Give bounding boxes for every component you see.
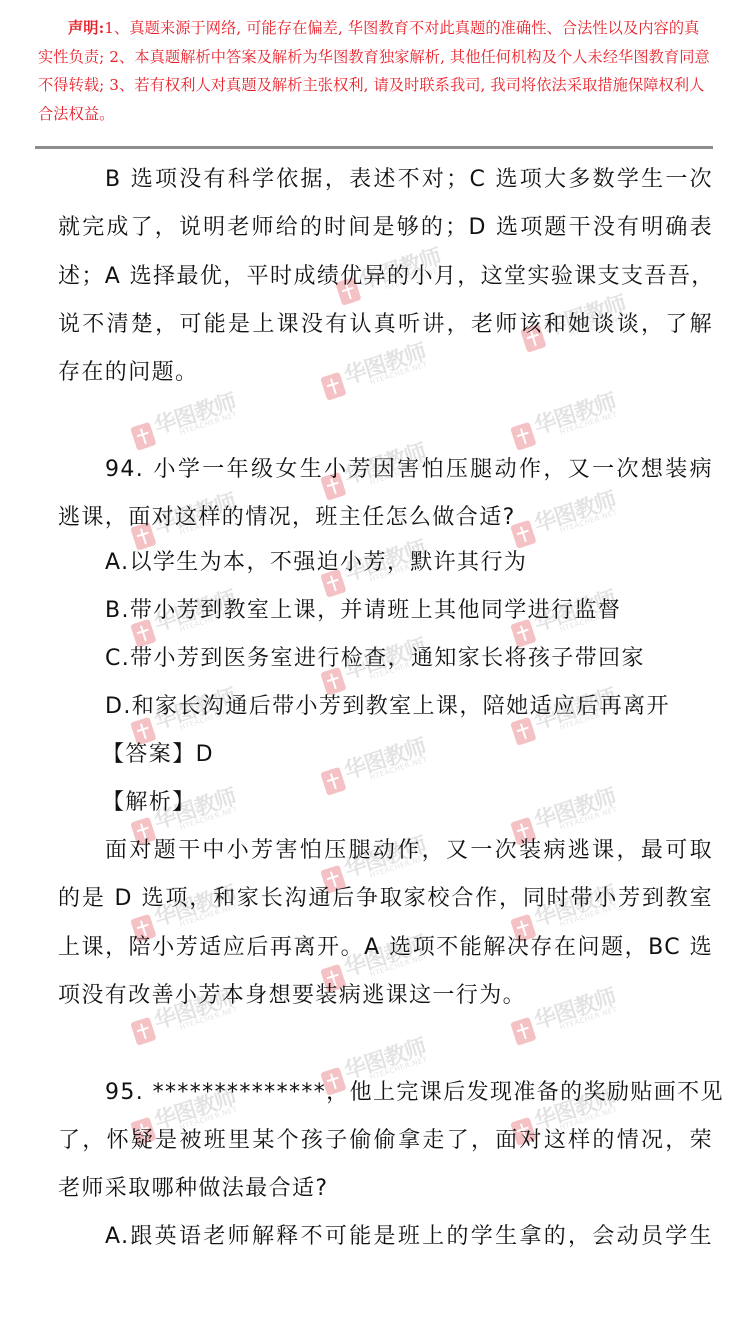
question-stem: 94. 小学一年级女生小芳因害怕压腿动作，又一次想装病 [105,455,713,485]
analysis-line: 述；A 选择最优，平时成绩优异的小月，这堂实验课支支吾吾， [58,262,713,292]
analysis-line: 就完成了，说明老师给的时间是够的；D 选项题干没有明确表 [58,213,713,243]
question-stem: 老师采取哪种做法最合适? [58,1174,713,1204]
analysis-label: 【解析】 [102,788,748,818]
analysis-line: 的是 D 选项，和家长沟通后争取家校合作，同时带小芳到教室 [58,884,713,914]
answer-label: 【答案】D [102,740,748,770]
watermark: 华图教师HTEACHER.NET [126,378,254,459]
question-stem: 逃课，面对这样的情况，班主任怎么做合适? [58,503,713,533]
option-a: A.跟英语老师解释不可能是班上的学生拿的，会动员学生 [105,1222,713,1252]
analysis-line: 存在的问题。 [58,358,713,388]
watermark-logo-icon [510,422,536,451]
disclaimer-text: 1、真题来源于网络, 可能存在偏差, 华图教育不对此真题的准确性、合法性以及内容… [38,19,710,123]
option-c: C.带小芳到医务室进行检查，通知家长将孩子带回家 [105,644,713,674]
watermark: 华图教师HTEACHER.NET [506,378,634,459]
question-stem: 95. **************，他上完课后发现准备的奖励贴画不见 [105,1078,713,1108]
watermark-logo-icon [130,422,156,451]
analysis-line: 上课，陪小芳适应后再离开。A 选项不能解决存在问题，BC 选 [58,933,713,963]
question-stem: 了，怀疑是被班里某个孩子偷偷拿走了，面对这样的情况，荣 [58,1126,713,1156]
watermark-logo-icon [510,1017,536,1046]
option-d: D.和家长沟通后带小芳到教室上课，陪她适应后再离开 [105,692,713,722]
analysis-line: 项没有改善小芳本身想要装病逃课这一行为。 [58,981,713,1011]
header-divider [35,146,713,149]
watermark-logo-icon [130,1017,156,1046]
option-b: B.带小芳到教室上课，并请班上其他同学进行监督 [105,596,713,626]
disclaimer: 声明:1、真题来源于网络, 可能存在偏差, 华图教育不对此真题的准确性、合法性以… [38,14,713,128]
disclaimer-label: 声明: [68,19,104,37]
analysis-line: 说不清楚，可能是上课没有认真听讲，老师该和她谈谈，了解 [58,310,713,340]
option-a: A.以学生为本，不强迫小芳，默许其行为 [105,548,713,578]
analysis-line: 面对题干中小芳害怕压腿动作，又一次装病逃课，最可取 [105,836,713,866]
analysis-line: B 选项没有科学依据，表述不对；C 选项大多数学生一次 [105,165,713,195]
